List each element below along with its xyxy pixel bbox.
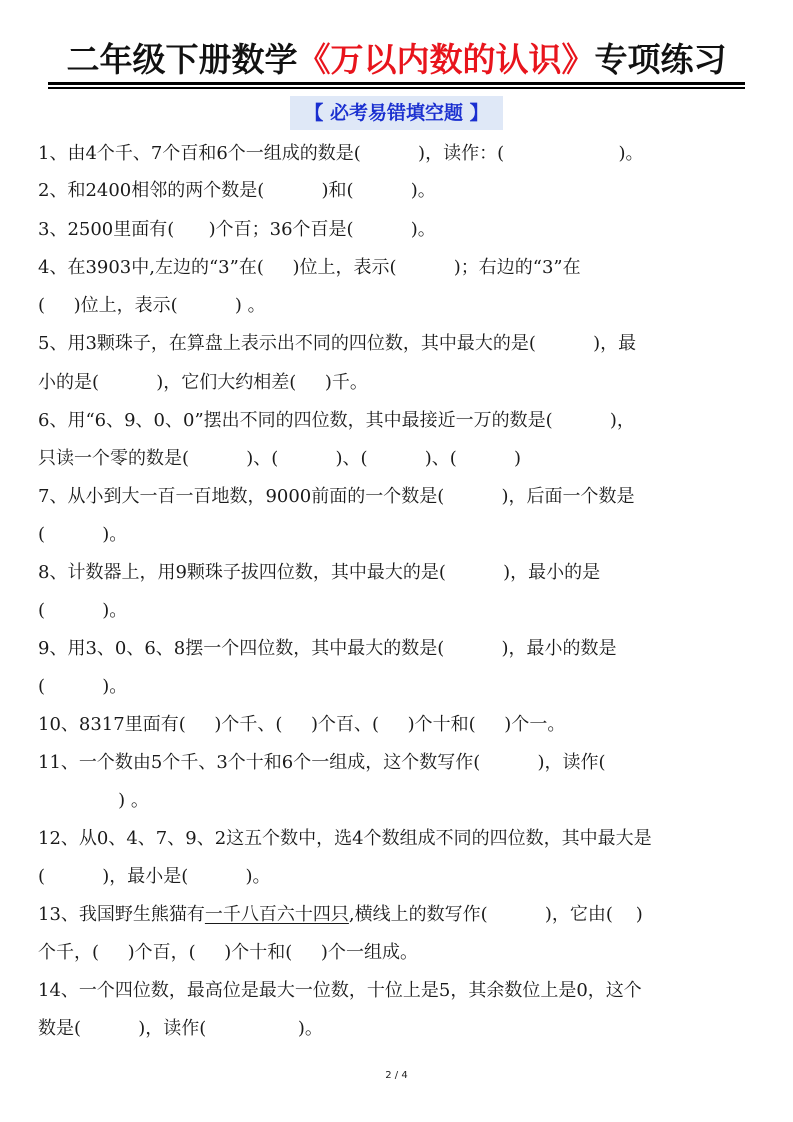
question-14-line-1: 14、一个四位数，最高位是最大一位数，十位上是5，其余数位上是0，这个	[38, 972, 760, 1010]
title-grade: 二年级下册数学	[67, 40, 298, 79]
question-line: ( )。	[38, 592, 760, 630]
question-line: 小的是( )，它们大约相差( )千。	[38, 364, 760, 402]
question-line: ( )，最小是( )。	[38, 858, 760, 896]
question-14-line-2: 数是( )，读作( )。	[38, 1010, 760, 1048]
question-line: 8、计数器上，用9颗珠子拔四位数，其中最大的是( )，最小的是	[38, 554, 760, 592]
question-line: 12、从0、4、7、9、2这五个数中，选4个数组成不同的四位数，其中最大是	[38, 820, 760, 858]
question-line: 10、8317里面有( )个千、( )个百、( )个十和( )个一。	[38, 706, 760, 744]
question-line: 9、用3、0、6、8摆一个四位数，其中最大的数是( )，最小的数是	[38, 630, 760, 668]
title-practice: 专项练习	[595, 40, 727, 79]
page-number: 2 / 4	[0, 1070, 793, 1081]
question-13-line-2: 个千，( )个百，( )个十和( )个一组成。	[38, 934, 760, 972]
title-underline-thick	[48, 82, 745, 85]
question-line: 1、由4个千、7个百和6个一组成的数是( )，读作：( )。	[38, 135, 760, 173]
q13-prefix: 13、我国野生熊猫有	[38, 904, 205, 925]
question-line: 只读一个零的数是( )、( )、( )、( )	[38, 440, 760, 478]
question-line: 5、用3颗珠子，在算盘上表示出不同的四位数，其中最大的是( )，最	[38, 325, 760, 363]
title-underline-thin	[48, 87, 745, 89]
worksheet-title: 二年级下册数学《万以内数的认识》专项练习	[0, 40, 793, 80]
question-line: ) 。	[38, 782, 760, 820]
question-line: ( )。	[38, 668, 760, 706]
question-13-line-1: 13、我国野生熊猫有一千八百六十四只,横线上的数写作( )，它由( )	[38, 896, 760, 934]
question-line: ( )位上，表示( ) 。	[38, 287, 760, 325]
question-line: 2、和2400相邻的两个数是( )和( )。	[38, 172, 760, 210]
q13-underlined-number: 一千八百六十四只	[205, 904, 349, 925]
question-line: 6、用“6、9、0、0”摆出不同的四位数，其中最接近一万的数是( )，	[38, 402, 760, 440]
question-line: ( )。	[38, 516, 760, 554]
question-line: 4、在3903中,左边的“3”在( )位上，表示( )；右边的“3”在	[38, 249, 760, 287]
q13-suffix: ,横线上的数写作( )，它由( )	[349, 904, 643, 925]
section-subtitle: 【 必考易错填空题 】	[290, 96, 503, 130]
question-line: 3、2500里面有( )个百；36个百是( )。	[38, 211, 760, 249]
title-topic: 《万以内数的认识》	[298, 40, 595, 79]
question-line: 7、从小到大一百一百地数，9000前面的一个数是( )，后面一个数是	[38, 478, 760, 516]
question-line: 11、一个数由5个千、3个十和6个一组成，这个数写作( )，读作(	[38, 744, 760, 782]
